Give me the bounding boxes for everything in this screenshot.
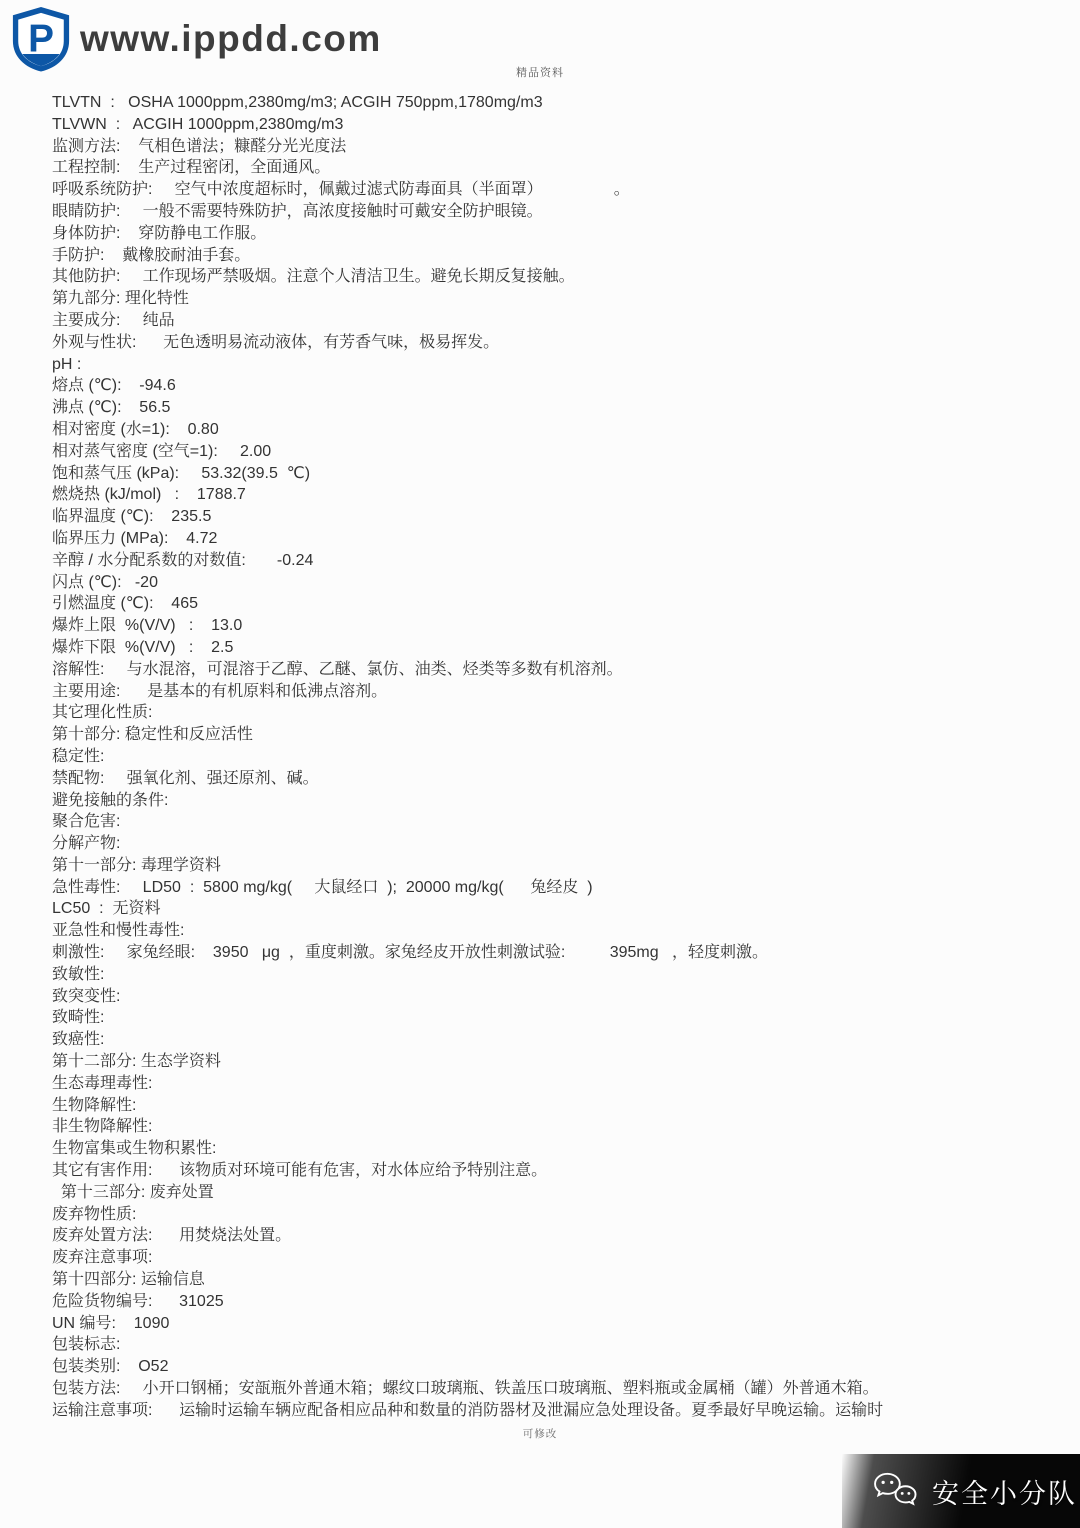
document-line: 其它有害作用: 该物质对环境可能有危害，对水体应给予特别注意。 xyxy=(52,1160,1080,1182)
document-line: 生物富集或生物积累性: xyxy=(52,1138,1080,1160)
document-line: 危险货物编号: 31025 xyxy=(52,1291,1080,1313)
document-line: 包装类别: O52 xyxy=(52,1356,1080,1378)
document-line: 聚合危害: xyxy=(52,811,1080,833)
document-line: 闪点 (℃): -20 xyxy=(52,572,1080,594)
document-line: 避免接触的条件: xyxy=(52,790,1080,812)
document-line: 包装标志: xyxy=(52,1334,1080,1356)
document-line: 稳定性: xyxy=(52,746,1080,768)
document-line: 废弃注意事项: xyxy=(52,1247,1080,1269)
document-line: 废弃处置方法: 用焚烧法处置。 xyxy=(52,1225,1080,1247)
document-line: 沸点 (℃): 56.5 xyxy=(52,397,1080,419)
document-line: 第九部分: 理化特性 xyxy=(52,288,1080,310)
document-line: TLVTN : OSHA 1000ppm,2380mg/m3; ACGIH 75… xyxy=(52,92,1080,114)
document-line: 亚急性和慢性毒性: xyxy=(52,920,1080,942)
document-line: 相对蒸气密度 (空气=1): 2.00 xyxy=(52,441,1080,463)
page: P www.ippdd.com 精品资料 TLVTN : OSHA 1000pp… xyxy=(0,0,1080,1528)
document-line: 临界温度 (℃): 235.5 xyxy=(52,506,1080,528)
document-line: 引燃温度 (℃): 465 xyxy=(52,593,1080,615)
shield-logo-icon: P xyxy=(10,6,72,72)
document-line: 眼睛防护: 一般不需要特殊防护，高浓度接触时可戴安全防护眼镜。 xyxy=(52,201,1080,223)
document-line: 其它理化性质: xyxy=(52,702,1080,724)
document-line: 其他防护: 工作现场严禁吸烟。注意个人清洁卫生。避免长期反复接触。 xyxy=(52,266,1080,288)
msds-document: TLVTN : OSHA 1000ppm,2380mg/m3; ACGIH 75… xyxy=(52,92,1080,1422)
document-line: 致癌性: xyxy=(52,1029,1080,1051)
document-line: 运输注意事项: 运输时运输车辆应配备相应品种和数量的消防器材及泄漏应急处理设备。… xyxy=(52,1400,1080,1422)
document-line: 致畸性: xyxy=(52,1007,1080,1029)
document-line: 致敏性: xyxy=(52,964,1080,986)
document-line: LC50 : 无资料 xyxy=(52,898,1080,920)
document-line: 相对密度 (水=1): 0.80 xyxy=(52,419,1080,441)
document-line: 非生物降解性: xyxy=(52,1116,1080,1138)
site-header: P www.ippdd.com xyxy=(10,6,382,72)
watermark-bottom: 可修改 xyxy=(0,1426,1080,1441)
document-line: 第十一部分: 毒理学资料 xyxy=(52,855,1080,877)
document-line: 燃烧热 (kJ/mol) : 1788.7 xyxy=(52,484,1080,506)
document-line: 主要成分: 纯品 xyxy=(52,310,1080,332)
document-line: 熔点 (℃): -94.6 xyxy=(52,375,1080,397)
document-line: 身体防护: 穿防静电工作服。 xyxy=(52,223,1080,245)
document-line: 包装方法: 小开口钢桶；安瓿瓶外普通木箱；螺纹口玻璃瓶、铁盖压口玻璃瓶、塑料瓶或… xyxy=(52,1378,1080,1400)
document-line: 临界压力 (MPa): 4.72 xyxy=(52,528,1080,550)
wechat-icon xyxy=(872,1471,920,1511)
footer-badge-label: 安全小分队 xyxy=(932,1472,1077,1511)
document-line: 第十部分: 稳定性和反应活性 xyxy=(52,724,1080,746)
document-line: 第十二部分: 生态学资料 xyxy=(52,1051,1080,1073)
logo-letter: P xyxy=(28,18,54,61)
document-line: 分解产物: xyxy=(52,833,1080,855)
watermark-top: 精品资料 xyxy=(0,64,1080,80)
document-line: 生物降解性: xyxy=(52,1095,1080,1117)
document-line: 爆炸下限 %(V/V) : 2.5 xyxy=(52,637,1080,659)
footer-badge: 安全小分队 xyxy=(842,1454,1080,1528)
document-line: 急性毒性: LD50 : 5800 mg/kg( 大鼠经口 ); 20000 m… xyxy=(52,877,1080,899)
document-line: TLVWN : ACGIH 1000ppm,2380mg/m3 xyxy=(52,114,1080,136)
document-line: 手防护: 戴橡胶耐油手套。 xyxy=(52,245,1080,267)
document-line: 饱和蒸气压 (kPa): 53.32(39.5 ℃) xyxy=(52,463,1080,485)
document-line: 外观与性状: 无色透明易流动液体，有芳香气味，极易挥发。 xyxy=(52,332,1080,354)
document-lines: TLVTN : OSHA 1000ppm,2380mg/m3; ACGIH 75… xyxy=(52,92,1080,1422)
site-url: www.ippdd.com xyxy=(80,18,382,60)
document-line: 刺激性: 家兔经眼: 3950 μg ，重度刺激。家兔经皮开放性刺激试验: 39… xyxy=(52,942,1080,964)
document-line: 呼吸系统防护: 空气中浓度超标时，佩戴过滤式防毒面具（半面罩） 。 xyxy=(52,179,1080,201)
document-line: 禁配物: 强氧化剂、强还原剂、碱。 xyxy=(52,768,1080,790)
document-line: 监测方法: 气相色谱法；糠醛分光光度法 xyxy=(52,136,1080,158)
document-line: 主要用途: 是基本的有机原料和低沸点溶剂。 xyxy=(52,681,1080,703)
document-line: UN 编号: 1090 xyxy=(52,1313,1080,1335)
document-line: 生态毒理毒性: xyxy=(52,1073,1080,1095)
document-line: 辛醇 / 水分配系数的对数值: -0.24 xyxy=(52,550,1080,572)
document-line: 工程控制: 生产过程密闭，全面通风。 xyxy=(52,157,1080,179)
document-line: 致突变性: xyxy=(52,986,1080,1008)
document-line: 废弃物性质: xyxy=(52,1204,1080,1226)
document-line: 第十三部分: 废弃处置 xyxy=(52,1182,1080,1204)
document-line: 溶解性: 与水混溶，可混溶于乙醇、乙醚、氯仿、油类、烃类等多数有机溶剂。 xyxy=(52,659,1080,681)
document-line: pH : xyxy=(52,354,1080,376)
document-line: 第十四部分: 运输信息 xyxy=(52,1269,1080,1291)
document-line: 爆炸上限 %(V/V) : 13.0 xyxy=(52,615,1080,637)
